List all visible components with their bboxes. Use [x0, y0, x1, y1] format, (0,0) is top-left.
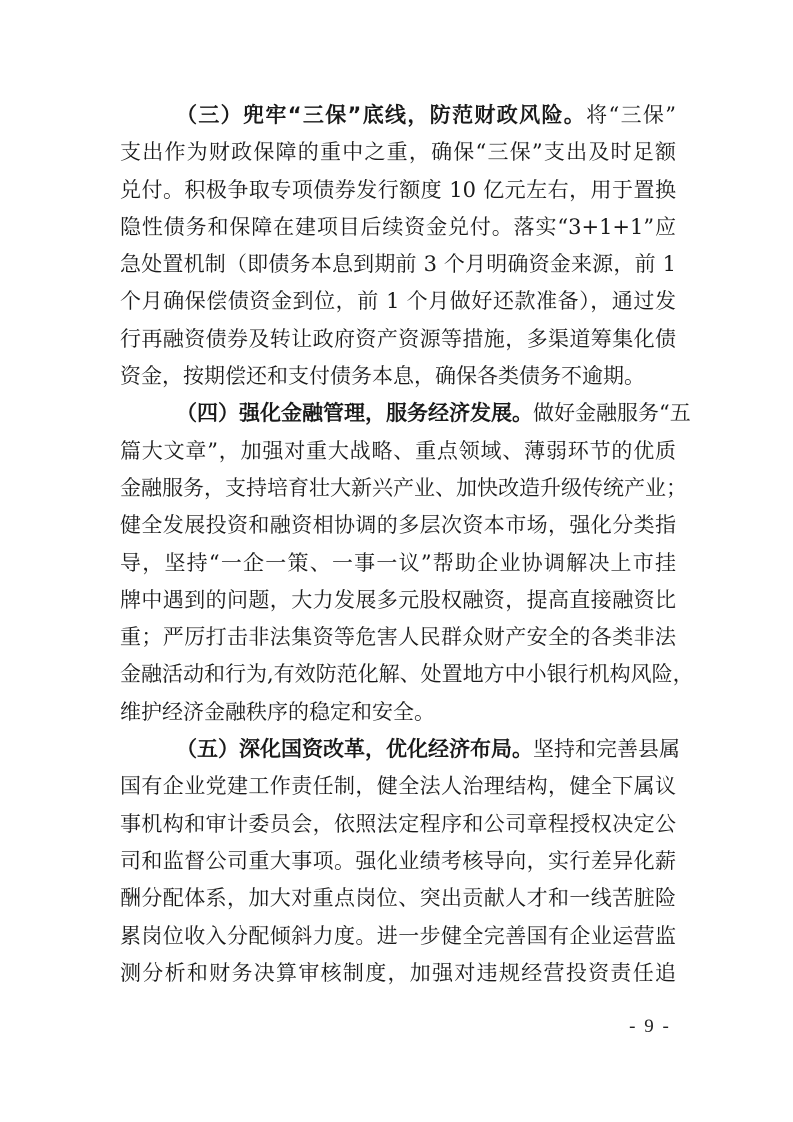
text-line: 篇大文章”，加强对重大战略、重点领域、薄弱环节的优质	[120, 433, 676, 470]
text-run: 做好金融服务“五	[533, 401, 691, 425]
document-page: （三）兜牢“三保”底线，防范财政风险。将“三保” 支出作为财政保障的重中之重，确…	[0, 0, 793, 1122]
section-heading: （三）兜牢“三保”底线，防范财政风险。	[176, 103, 586, 127]
text-line: 个月确保偿债资金到位，前 1 个月做好还款准备），通过发	[120, 283, 676, 320]
text-line: 测分析和财务决算审核制度，加强对违规经营投资责任追	[120, 955, 676, 992]
text-line: 国有企业党建工作责任制，健全法人治理结构，健全下属议	[120, 768, 676, 805]
text-line: 急处置机制（即债务本息到期前 3 个月明确资金来源，前 1	[120, 246, 676, 283]
text-line: 酬分配体系，加大对重点岗位、突出贡献人才和一线苦脏险	[120, 880, 676, 917]
text-line: 资金，按期偿还和支付债务本息，确保各类债务不逾期。	[120, 358, 676, 395]
paragraph-section-5: （五）深化国资改革，优化经济布局。坚持和完善县属 国有企业党建工作责任制，健全法…	[120, 731, 676, 992]
text-run: 将“三保”	[586, 103, 676, 127]
section-heading: （五）深化国资改革，优化经济布局。	[176, 737, 533, 761]
text-line: 金融服务，支持培育壮大新兴产业、加快改造升级传统产业；	[120, 470, 676, 507]
paragraph-section-3: （三）兜牢“三保”底线，防范财政风险。将“三保” 支出作为财政保障的重中之重，确…	[120, 97, 676, 395]
paragraph-section-4: （四）强化金融管理，服务经济发展。做好金融服务“五 篇大文章”，加强对重大战略、…	[120, 395, 676, 731]
text-line: （四）强化金融管理，服务经济发展。做好金融服务“五	[120, 395, 676, 432]
text-line: 隐性债务和保障在建项目后续资金兑付。落实“3+1+1”应	[120, 209, 676, 246]
text-line: 导，坚持“一企一策、一事一议”帮助企业协调解决上市挂	[120, 545, 676, 582]
page-number: - 9 -	[615, 1016, 685, 1038]
text-line: 维护经济金融秩序的稳定和安全。	[120, 694, 676, 731]
text-line: 行再融资债券及转让政府资产资源等措施，多渠道筹集化债	[120, 321, 676, 358]
section-heading: （四）强化金融管理，服务经济发展。	[176, 401, 533, 425]
text-run: 坚持和完善县属	[533, 737, 680, 761]
text-line: （五）深化国资改革，优化经济布局。坚持和完善县属	[120, 731, 676, 768]
text-line: 司和监督公司重大事项。强化业绩考核导向，实行差异化薪	[120, 843, 676, 880]
text-line: 事机构和审计委员会，依照法定程序和公司章程授权决定公	[120, 806, 676, 843]
text-line: 累岗位收入分配倾斜力度。进一步健全完善国有企业运营监	[120, 918, 676, 955]
text-line: 兑付。积极争取专项债券发行额度 10 亿元左右，用于置换	[120, 172, 676, 209]
text-line: （三）兜牢“三保”底线，防范财政风险。将“三保”	[120, 97, 676, 134]
text-line: 支出作为财政保障的重中之重，确保“三保”支出及时足额	[120, 134, 676, 171]
text-line: 健全发展投资和融资相协调的多层次资本市场，强化分类指	[120, 507, 676, 544]
text-line: 重；严厉打击非法集资等危害人民群众财产安全的各类非法	[120, 619, 676, 656]
text-line: 牌中遇到的问题，大力发展多元股权融资，提高直接融资比	[120, 582, 676, 619]
text-line: 金融活动和行为,有效防范化解、处置地方中小银行机构风险，	[120, 656, 676, 693]
document-body: （三）兜牢“三保”底线，防范财政风险。将“三保” 支出作为财政保障的重中之重，确…	[120, 97, 676, 992]
